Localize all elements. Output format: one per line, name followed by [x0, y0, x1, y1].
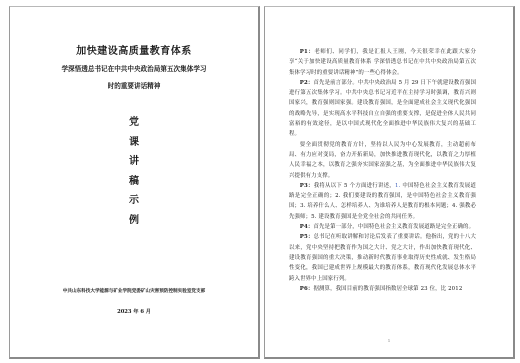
paragraph-label: P6： — [300, 286, 314, 292]
paragraph-p3: P3：我将从以下 5 个方面进行讲述，1. 中国特色社会主义教育发展道路是完全正… — [289, 181, 476, 222]
vertical-title-char: 课 — [129, 138, 139, 158]
speech-page: P1：老师们、同学们，我是汇报人王刚，今天很荣幸在此跟大家分享“关于加快建设高质… — [264, 6, 515, 359]
page-number: 1 — [265, 338, 513, 343]
cover-title: 加快建设高质量教育体系 — [10, 42, 258, 57]
paragraph-text: 我将从以下 5 个方面进行讲述， — [314, 183, 395, 189]
vertical-title-char: 讲 — [129, 157, 139, 177]
paragraph-label: P1： — [300, 49, 315, 55]
cover-subtitle-line2: 时的重要讲话精神 — [10, 80, 258, 90]
vertical-title-char: 党 — [129, 118, 139, 138]
vertical-title-char: 示 — [129, 196, 139, 216]
paragraph-label: P3： — [300, 183, 314, 189]
paragraph-text: 首先是第一部分，中国特色社会主义教育发展道路是完全正确的。 — [313, 224, 474, 230]
vertical-title-char: 例 — [129, 216, 139, 236]
paragraph-text: 据测算，我国目前的教育强国指数居全球第 23 位，比 2012 — [313, 286, 462, 292]
paragraph-p5: P5：总书记在听取讲解和讨论后发表了重要讲话。他指出，党的十八大以来，党中央坚持… — [289, 232, 476, 283]
paragraph-p2-cont: 要全面贯彻党的教育方针，坚持以人民为中心发展教育，主动超前布局、有力应对变局，奋… — [289, 140, 476, 181]
paragraph-label: P5： — [300, 234, 314, 240]
cover-subtitle-line1: 学深悟透总书记在中共中央政治局第五次集体学习 — [10, 63, 258, 73]
vertical-title: 党 课 讲 稿 示 例 — [10, 118, 258, 235]
cover-date: 2023 年 6 月 — [10, 308, 258, 315]
organization-name: 中共山东科技大学能源与矿业学院党委矿山灾害预防控制实验室党支部 — [10, 288, 258, 294]
paragraph-text: 要全面贯彻党的教育方针，坚持以人民为中心发展教育，主动超前布局、有力应对变局，奋… — [289, 142, 476, 179]
paragraph-p6: P6：据测算，我国目前的教育强国指数居全球第 23 位，比 2012 — [289, 284, 476, 294]
vertical-title-char: 稿 — [129, 177, 139, 197]
paragraph-text: 总书记在听取讲解和讨论后发表了重要讲话。他指出，党的十八大以来，党中央坚持把教育… — [289, 234, 476, 281]
paragraph-p2: P2：首先是前言部分。中共中央政治局 5 月 29 日下午就建设教育强国进行第五… — [289, 78, 476, 140]
paragraph-text: 首先是前言部分。中共中央政治局 5 月 29 日下午就建设教育强国进行第五次集体… — [289, 80, 476, 137]
paragraph-label: P4： — [300, 224, 314, 230]
paragraph-p1: P1：老师们、同学们，我是汇报人王刚，今天很荣幸在此跟大家分享“关于加快建设高质… — [289, 47, 476, 78]
cover-page: 加快建设高质量教育体系 学深悟透总书记在中共中央政治局第五次集体学习 时的重要讲… — [9, 6, 260, 359]
paragraph-text: 老师们、同学们，我是汇报人王刚，今天很荣幸在此跟大家分享“关于加快建设高质量教育… — [289, 49, 476, 76]
speech-body: P1：老师们、同学们，我是汇报人王刚，今天很荣幸在此跟大家分享“关于加快建设高质… — [289, 47, 476, 294]
paragraph-label: P2： — [300, 80, 314, 86]
paragraph-p4: P4：首先是第一部分，中国特色社会主义教育发展道路是完全正确的。 — [289, 222, 476, 232]
